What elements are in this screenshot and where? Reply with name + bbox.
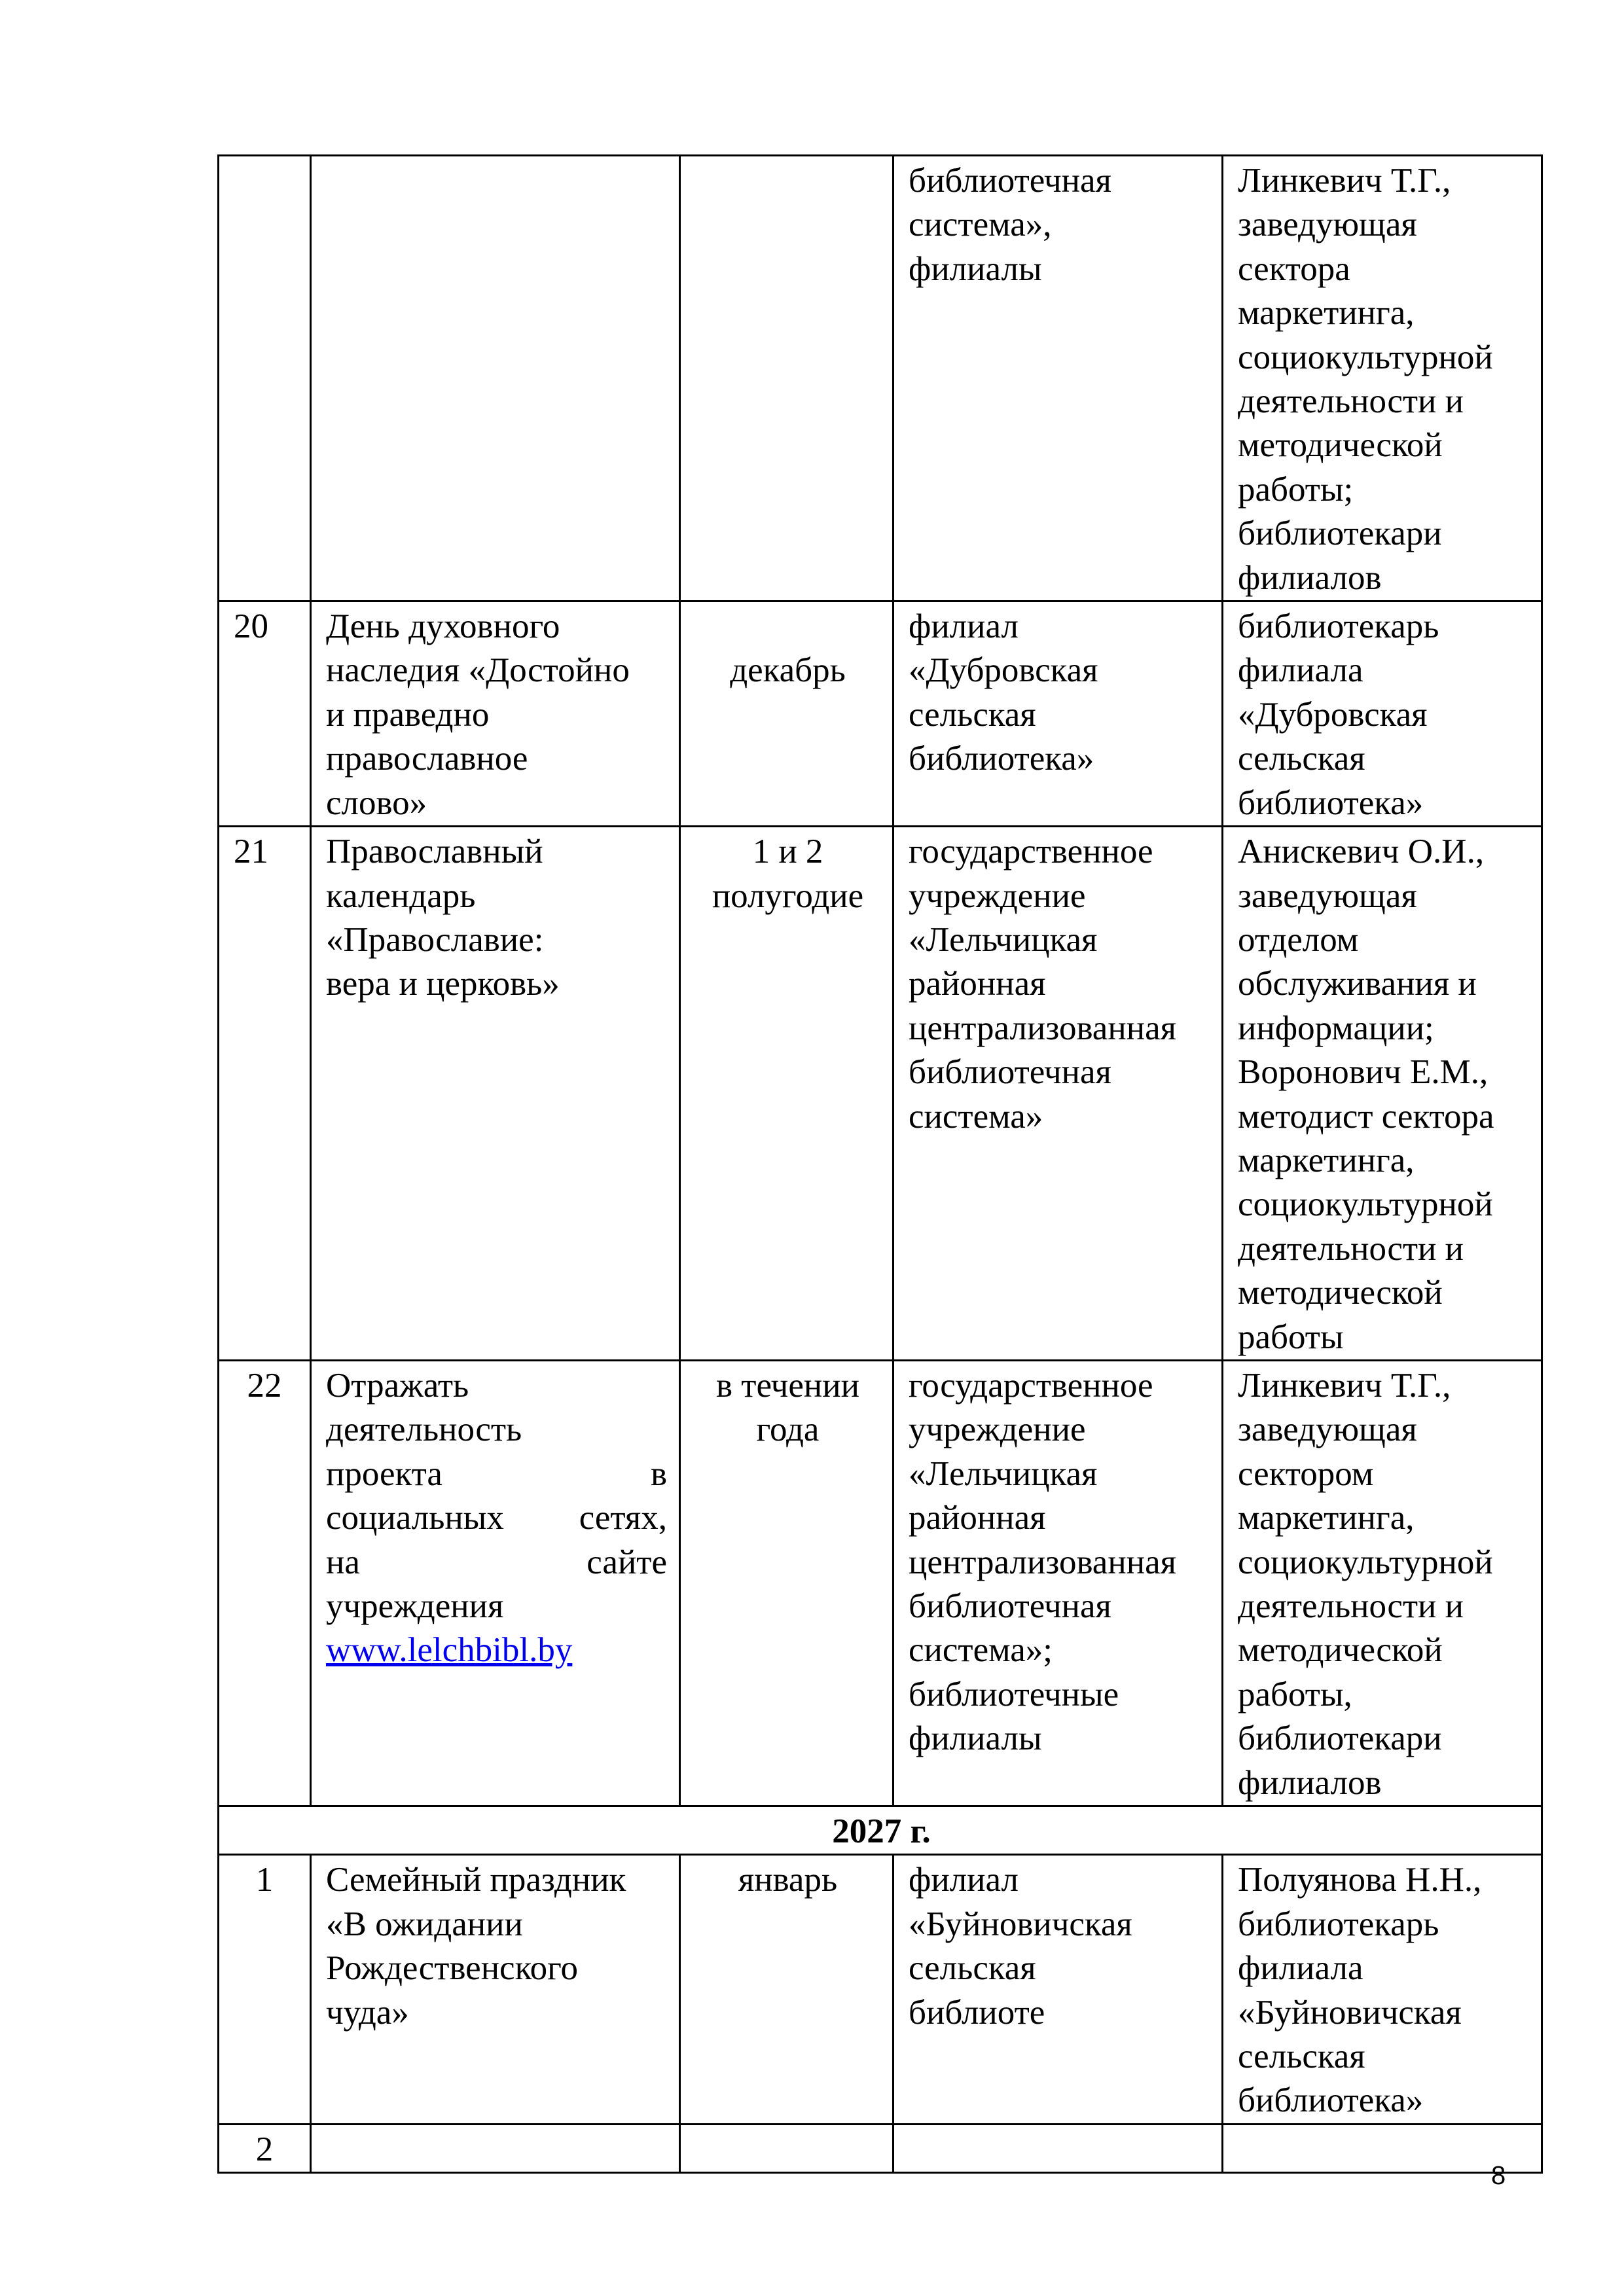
- row-number-cell: 20: [219, 601, 311, 827]
- cell-line: библиотекари: [1238, 512, 1529, 556]
- cell-line: социокультурной: [1238, 336, 1529, 380]
- event-title-cell: [311, 2124, 680, 2172]
- event-title-cell: Отражатьдеятельностьпроектавсоциальныхсе…: [311, 1360, 680, 1806]
- cell-line: работы;: [1238, 468, 1529, 512]
- cell-line: социальныхсетях,: [326, 1496, 667, 1540]
- event-title-cell: Православныйкалендарь«Православие:вера и…: [311, 827, 680, 1361]
- document-page: библиотечнаясистема»,филиалы Линкевич Т.…: [0, 0, 1624, 2296]
- cell-line: Линкевич Т.Г.,: [1238, 1364, 1529, 1408]
- row-number-cell: 22: [219, 1360, 311, 1806]
- cell-line: деятельности и: [1238, 380, 1529, 423]
- cell-line: «Лельчицкая: [909, 918, 1210, 962]
- cell-line: «Дубровская: [909, 649, 1210, 692]
- cell-line: методической: [1238, 423, 1529, 467]
- event-title-cell: День духовногонаследия «Достойнои правед…: [311, 601, 680, 827]
- responsible-cell: Анискевич О.И.,заведующаяотделомобслужив…: [1223, 827, 1542, 1361]
- period-cell: в течениигода: [680, 1360, 893, 1806]
- cell-line: «Православие:: [326, 918, 667, 962]
- cell-line: декабрь: [695, 649, 880, 692]
- event-title-cell: Семейный праздник«В ожиданииРождественск…: [311, 1855, 680, 2124]
- cell-line: деятельность: [326, 1408, 667, 1452]
- cell-line: система»: [909, 1095, 1210, 1139]
- cell-line: календарь: [326, 874, 667, 918]
- responsible-cell: Линкевич Т.Г.,заведующаясекторамаркетинг…: [1223, 156, 1542, 601]
- year-heading: 2027 г.: [219, 1806, 1542, 1855]
- responsible-cell: Линкевич Т.Г.,заведующаясектороммаркетин…: [1223, 1360, 1542, 1806]
- cell-line: маркетинга,: [1238, 1496, 1529, 1540]
- cell-line: сельская: [1238, 737, 1529, 781]
- cell-line: заведующая: [1238, 1408, 1529, 1452]
- cell-line: наследия «Достойно: [326, 649, 667, 692]
- cell-line: филиала: [1238, 1946, 1529, 1990]
- period-cell: январь: [680, 1855, 893, 2124]
- row-number-cell: 2: [219, 2124, 311, 2172]
- cell-line: Линкевич Т.Г.,: [1238, 159, 1529, 203]
- cell-line: филиалы: [909, 247, 1210, 291]
- cell-line: филиалов: [1238, 1761, 1529, 1805]
- cell-line: маркетинга,: [1238, 1139, 1529, 1183]
- cell-line: деятельности и: [1238, 1585, 1529, 1628]
- place-cell: государственноеучреждение«Лельчицкаярайо…: [893, 827, 1223, 1361]
- cell-line: работы: [1238, 1316, 1529, 1359]
- cell-line: «Дубровская: [1238, 693, 1529, 737]
- cell-line: библиотечная: [909, 159, 1210, 203]
- cell-line: филиал: [909, 1858, 1210, 1902]
- place-cell: государственноеучреждение«Лельчицкаярайо…: [893, 1360, 1223, 1806]
- cell-line: Анискевич О.И.,: [1238, 830, 1529, 874]
- place-cell: филиал«Дубровскаясельскаябиблиотека»: [893, 601, 1223, 827]
- cell-line: социокультурной: [1238, 1183, 1529, 1227]
- cell-line: Отражать: [326, 1364, 667, 1408]
- cell-line: библиотечные: [909, 1673, 1210, 1717]
- place-cell: [893, 2124, 1223, 2172]
- cell-line: деятельности и: [1238, 1227, 1529, 1271]
- cell-line: районная: [909, 962, 1210, 1006]
- cell-line: «Буйновичская: [1238, 1991, 1529, 2035]
- cell-line: методист сектора: [1238, 1095, 1529, 1139]
- cell-line: и праведно: [326, 693, 667, 737]
- table-row: 21 Православныйкалендарь«Православие:вер…: [219, 827, 1542, 1361]
- cell-line: библиотекарь: [1238, 605, 1529, 649]
- cell-line: информации;: [1238, 1007, 1529, 1050]
- cell-line: библиотека»: [1238, 781, 1529, 825]
- cell-line: заведующая: [1238, 874, 1529, 918]
- cell-line: маркетинга,: [1238, 291, 1529, 335]
- cell-line: насайте: [326, 1541, 667, 1585]
- table-row: 22 Отражатьдеятельностьпроектавсоциальны…: [219, 1360, 1542, 1806]
- cell-line: года: [695, 1408, 880, 1452]
- table-row: 1 Семейный праздник«В ожиданииРождествен…: [219, 1855, 1542, 2124]
- period-cell: [680, 156, 893, 601]
- cell-line: методической: [1238, 1271, 1529, 1315]
- cell-line: отделом: [1238, 918, 1529, 962]
- table-row: 20 День духовногонаследия «Достойнои пра…: [219, 601, 1542, 827]
- justified-title: Отражатьдеятельностьпроектавсоциальныхсе…: [326, 1364, 667, 1628]
- cell-line: заведующая: [1238, 203, 1529, 247]
- cell-line: учреждение: [909, 1408, 1210, 1452]
- cell-line: [695, 605, 880, 649]
- cell-line: учреждения: [326, 1585, 667, 1628]
- cell-line: методической: [1238, 1628, 1529, 1672]
- cell-line: «В ожидании: [326, 1903, 667, 1946]
- place-cell: библиотечнаясистема»,филиалы: [893, 156, 1223, 601]
- cell-line: обслуживания и: [1238, 962, 1529, 1006]
- page-number: 8: [1491, 2161, 1506, 2191]
- cell-line: Воронович Е.М.,: [1238, 1050, 1529, 1094]
- cell-line: чуда»: [326, 1991, 667, 2035]
- cell-line: работы,: [1238, 1673, 1529, 1717]
- cell-line: система»;: [909, 1628, 1210, 1672]
- cell-line: учреждение: [909, 874, 1210, 918]
- cell-line: полугодие: [695, 874, 880, 918]
- table-row: 2: [219, 2124, 1542, 2172]
- row-number-cell: 21: [219, 827, 311, 1361]
- cell-line: библиоте: [909, 1991, 1210, 2035]
- cell-line: библиотечная: [909, 1585, 1210, 1628]
- cell-line: День духовного: [326, 605, 667, 649]
- place-cell: филиал«Буйновичскаясельскаябиблиоте: [893, 1855, 1223, 2124]
- cell-line: государственное: [909, 830, 1210, 874]
- period-cell: 1 и 2полугодие: [680, 827, 893, 1361]
- responsible-cell: Полуянова Н.Н.,библиотекарьфилиала«Буйно…: [1223, 1855, 1542, 2124]
- cell-line: сельская: [909, 693, 1210, 737]
- cell-line: «Буйновичская: [909, 1903, 1210, 1946]
- cell-line: филиала: [1238, 649, 1529, 692]
- cell-line: в течении: [695, 1364, 880, 1408]
- cell-line: православное: [326, 737, 667, 781]
- cell-line: сектором: [1238, 1452, 1529, 1496]
- cell-line: сектора: [1238, 247, 1529, 291]
- cell-line: филиалов: [1238, 556, 1529, 600]
- cell-line: Православный: [326, 830, 667, 874]
- cell-line: январь: [695, 1858, 880, 1902]
- cell-line: филиалы: [909, 1717, 1210, 1761]
- period-cell: декабрь: [680, 601, 893, 827]
- cell-line: районная: [909, 1496, 1210, 1540]
- table-row: библиотечнаясистема»,филиалы Линкевич Т.…: [219, 156, 1542, 601]
- cell-line: слово»: [326, 781, 667, 825]
- cell-line: централизованная: [909, 1541, 1210, 1585]
- cell-line: библиотека»: [1238, 2079, 1529, 2123]
- cell-line: сельская: [1238, 2035, 1529, 2079]
- cell-line: филиал: [909, 605, 1210, 649]
- events-plan-table: библиотечнаясистема»,филиалы Линкевич Т.…: [217, 154, 1543, 2174]
- website-link[interactable]: www.lelchbibl.by: [326, 1628, 667, 1672]
- event-title-cell: [311, 156, 680, 601]
- cell-line: государственное: [909, 1364, 1210, 1408]
- year-heading-row: 2027 г.: [219, 1806, 1542, 1855]
- row-number-cell: 1: [219, 1855, 311, 2124]
- cell-line: сельская: [909, 1946, 1210, 1990]
- cell-line: Полуянова Н.Н.,: [1238, 1858, 1529, 1902]
- cell-line: библиотечная: [909, 1050, 1210, 1094]
- cell-line: 1 и 2: [695, 830, 880, 874]
- cell-line: Семейный праздник: [326, 1858, 667, 1902]
- cell-line: централизованная: [909, 1007, 1210, 1050]
- cell-line: библиотекари: [1238, 1717, 1529, 1761]
- cell-line: вера и церковь»: [326, 962, 667, 1006]
- cell-line: проектав: [326, 1452, 667, 1496]
- cell-line: библиотекарь: [1238, 1903, 1529, 1946]
- period-cell: [680, 2124, 893, 2172]
- cell-line: «Лельчицкая: [909, 1452, 1210, 1496]
- cell-line: библиотека»: [909, 737, 1210, 781]
- cell-line: Рождественского: [326, 1946, 667, 1990]
- row-number-cell: [219, 156, 311, 601]
- cell-line: система»,: [909, 203, 1210, 247]
- cell-line: социокультурной: [1238, 1541, 1529, 1585]
- responsible-cell: библиотекарьфилиала«Дубровскаясельскаяби…: [1223, 601, 1542, 827]
